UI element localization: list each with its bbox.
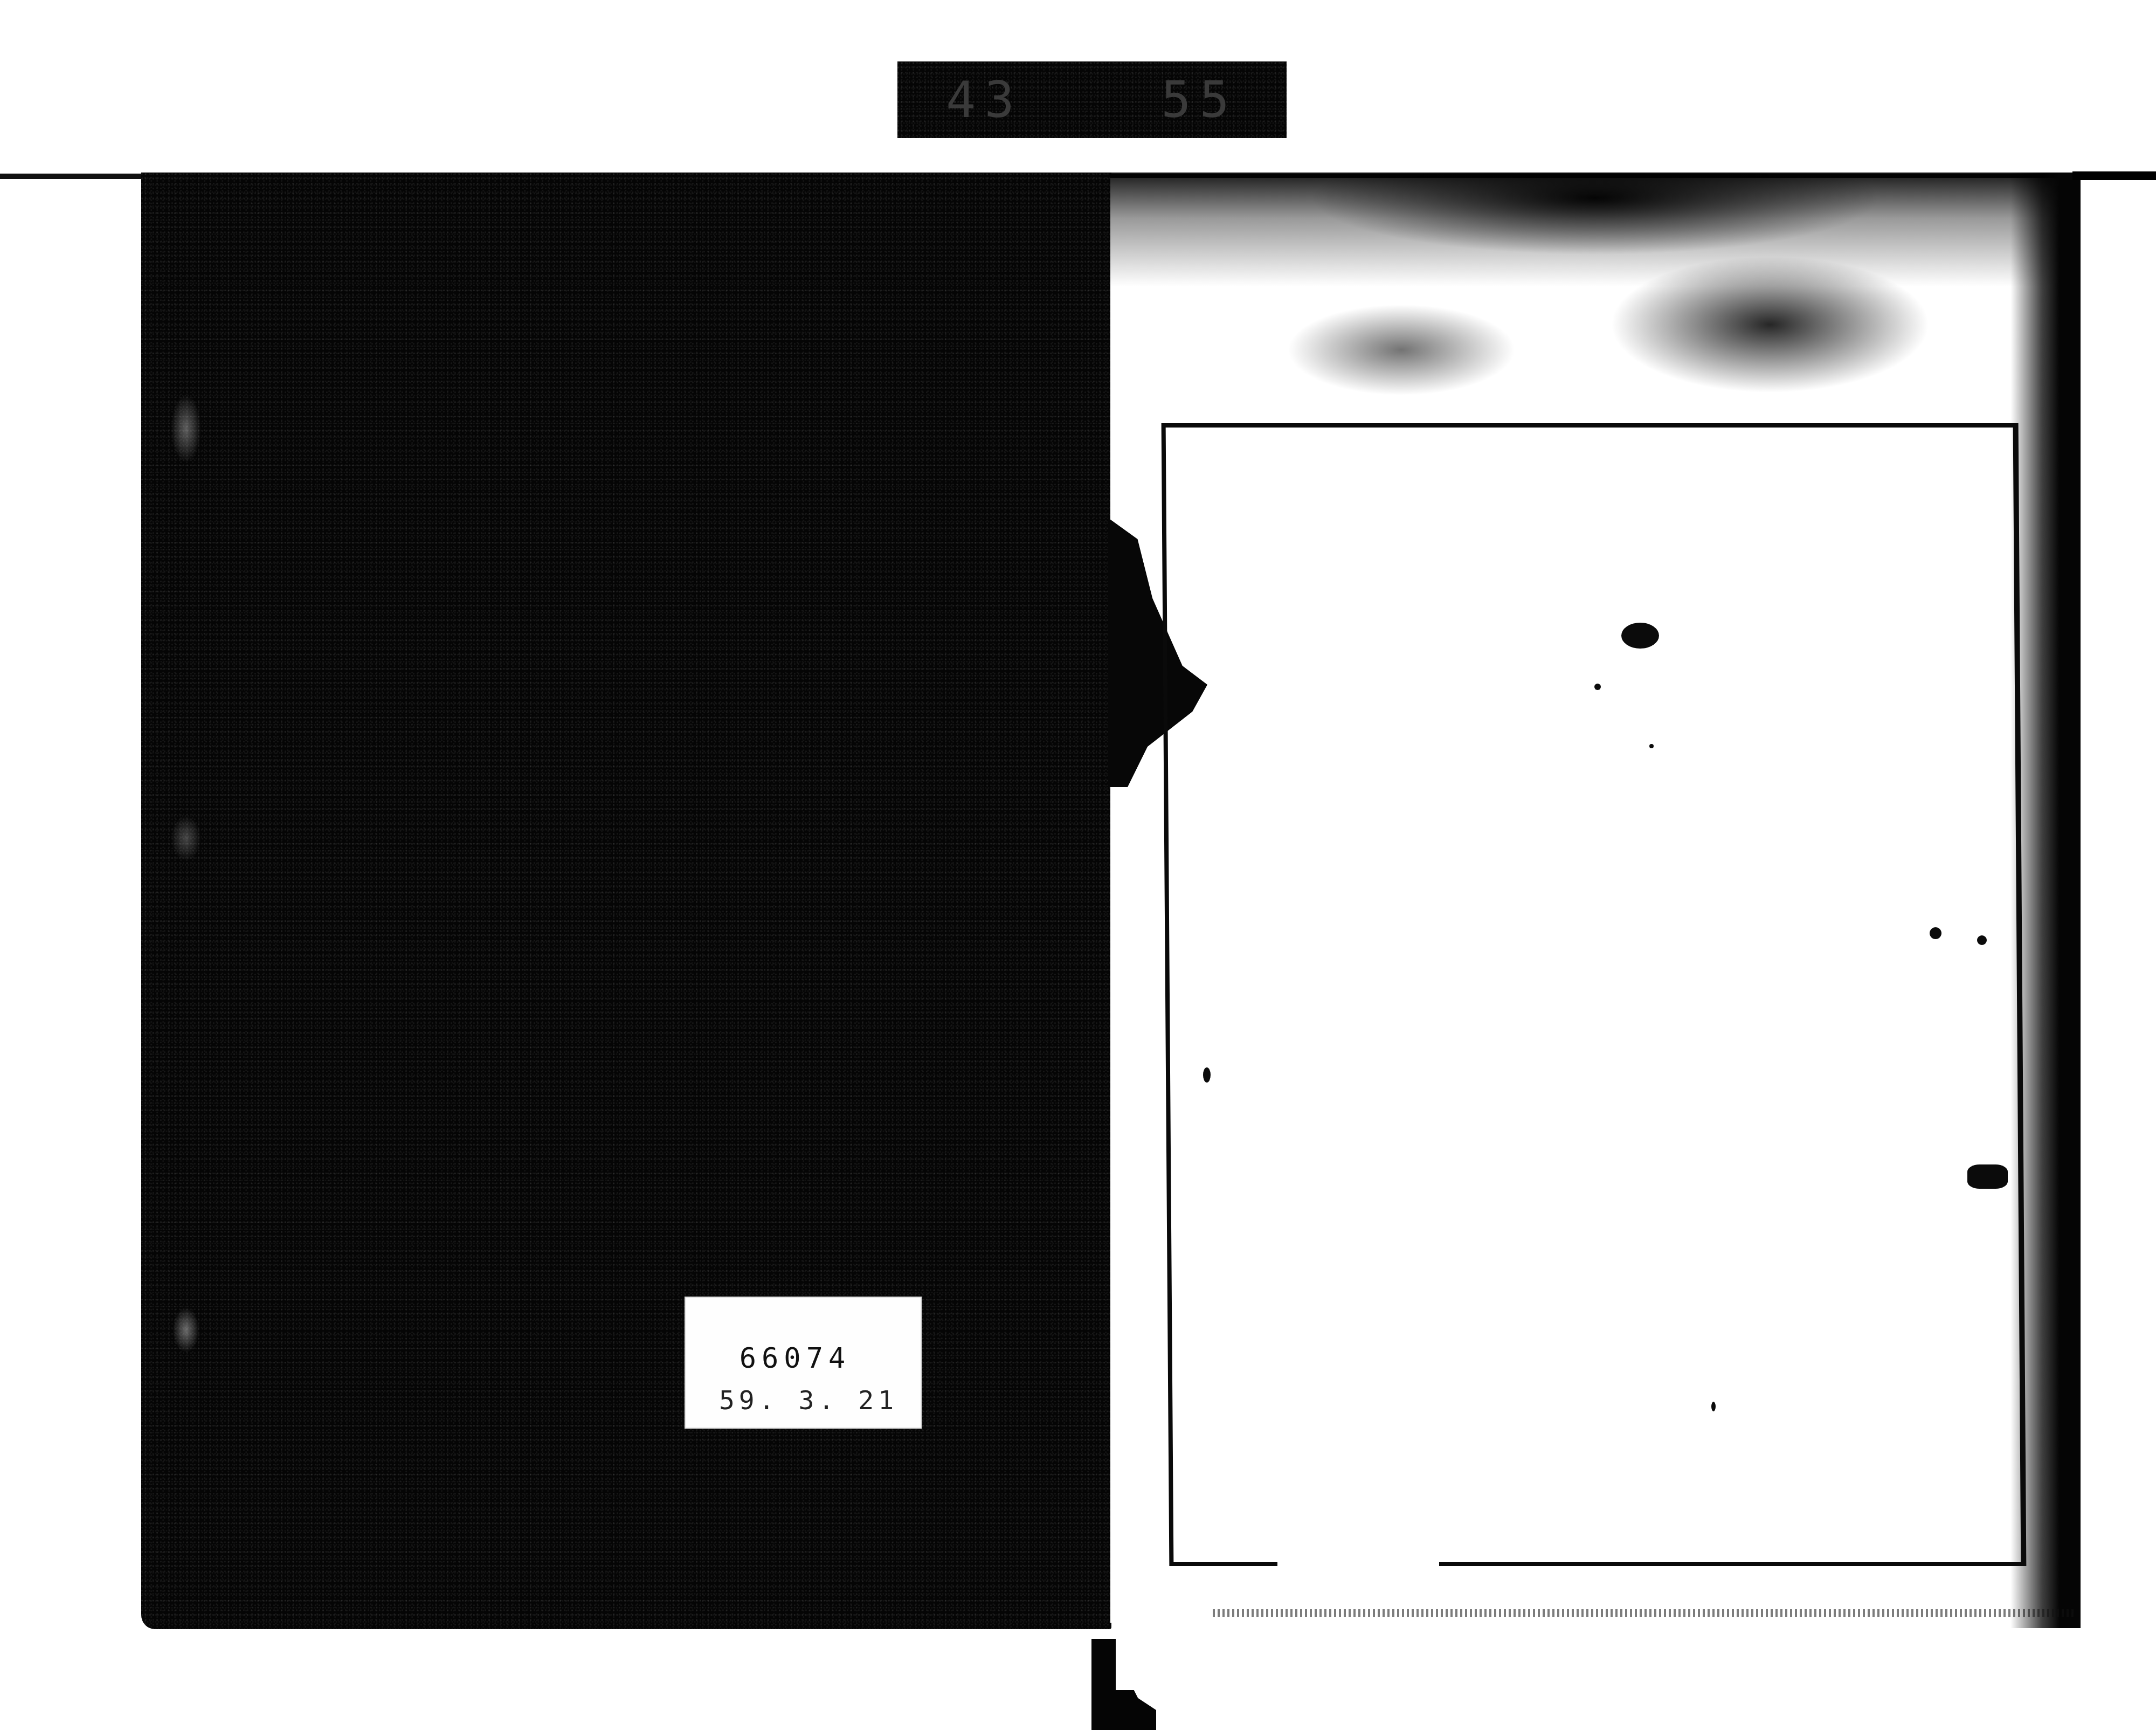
cover-wear-marks <box>162 377 210 1402</box>
header-tag-right-text: 55 <box>1161 71 1238 129</box>
speck <box>1977 935 1987 945</box>
speck <box>1649 744 1654 748</box>
header-tag-left-text: 43 <box>946 71 1023 129</box>
spine-bottom <box>1091 1639 1116 1730</box>
speck <box>1930 927 1941 939</box>
accession-number: 66074 <box>740 1342 851 1375</box>
spine-bottom-foot <box>1116 1690 1156 1730</box>
bottom-page-edge <box>1213 1609 2075 1617</box>
speck <box>1203 1067 1211 1083</box>
ink-blot <box>1967 1164 2008 1189</box>
library-sticker: 66074 59. 3. 21 <box>685 1297 922 1429</box>
page-frame <box>1162 423 2027 1566</box>
top-stain <box>1110 173 2081 426</box>
top-rule-right <box>2072 171 2156 180</box>
frame-gap <box>1277 1558 1439 1567</box>
sticker-date: 59. 3. 21 <box>719 1386 898 1416</box>
speck <box>1594 684 1601 690</box>
book-cover <box>141 173 1111 1629</box>
ink-blot <box>1621 623 1659 649</box>
header-tag: 43 55 <box>897 61 1287 138</box>
speck <box>1711 1402 1716 1411</box>
